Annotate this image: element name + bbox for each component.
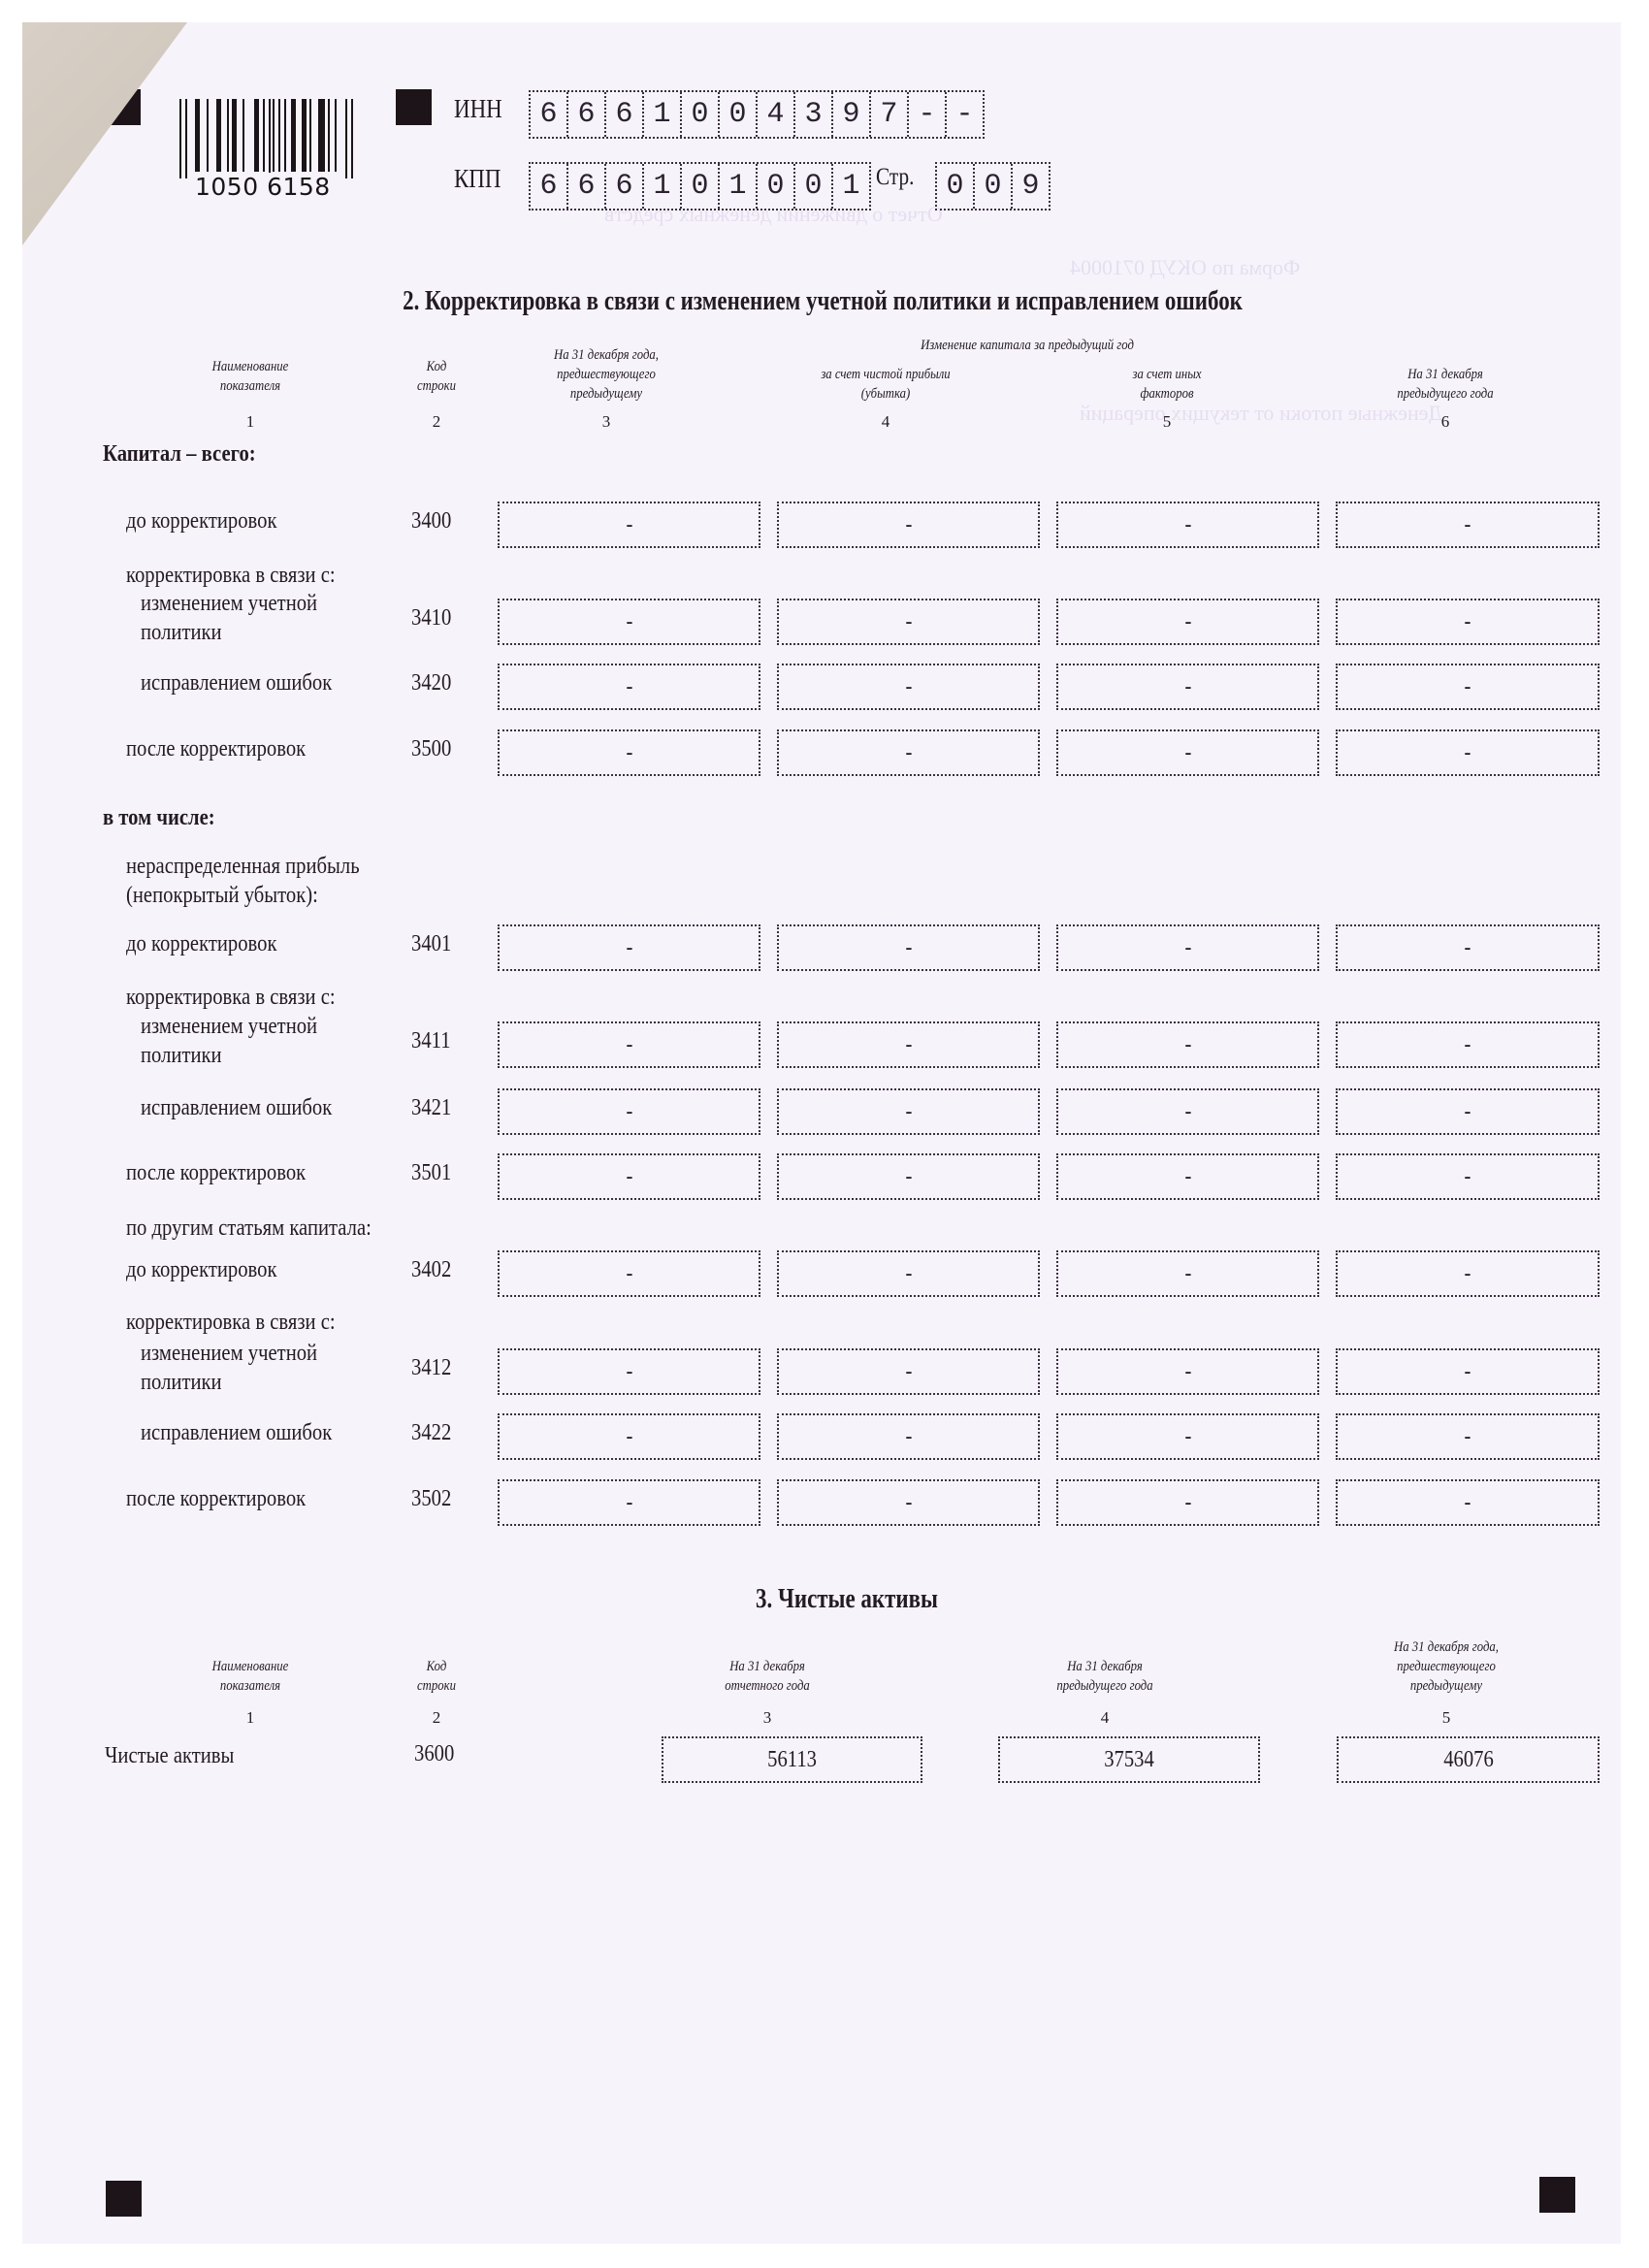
kpp-cell: 6	[531, 164, 568, 209]
net-assets-column-header-4: На 31 декабря предыдущего года	[1056, 1657, 1152, 1696]
row-code-3500: 3500	[411, 736, 451, 762]
value-text: -	[905, 1099, 912, 1125]
value-text: -	[905, 674, 912, 700]
value-field-3400-col6[interactable]: -	[1336, 502, 1600, 548]
alignment-marker-bottom-right	[1539, 2177, 1575, 2213]
value-text: -	[1184, 1424, 1191, 1450]
value-field-3421-col4[interactable]: -	[777, 1088, 1040, 1135]
row-label-3411: изменением учетной политики	[141, 1012, 317, 1070]
value-text: -	[1184, 674, 1191, 700]
value-field-3501-col4[interactable]: -	[777, 1153, 1040, 1200]
inn-cell: 0	[682, 92, 720, 137]
value-text: -	[1184, 1261, 1191, 1287]
value-text: -	[626, 674, 632, 700]
row-label-3410: изменением учетной политики	[141, 589, 317, 647]
barcode-bar	[254, 99, 259, 172]
value-text: -	[1465, 1099, 1471, 1125]
value-text: -	[626, 1164, 632, 1190]
value-field-3402-col4[interactable]: -	[777, 1250, 1040, 1297]
row-label-3402: до корректировок	[126, 1255, 276, 1284]
adjustment-label: корректировка в связи с:	[126, 1308, 336, 1337]
barcode-bar	[232, 99, 237, 172]
value-text: -	[1184, 1359, 1191, 1385]
form-page: Отчет о движении денежных средств Форма …	[22, 22, 1621, 2244]
value-field-3420-col5[interactable]: -	[1056, 664, 1319, 710]
value-text: -	[905, 1032, 912, 1058]
page-cell: 9	[1013, 164, 1049, 209]
row-code-3401: 3401	[411, 931, 451, 957]
group-header: Изменение капитала за предыдущий год	[921, 336, 1134, 355]
net-assets-column-header-5: На 31 декабря года, предшествующего пред…	[1394, 1637, 1499, 1696]
value-field-3502-col5[interactable]: -	[1056, 1479, 1319, 1526]
value-field-3411-col6[interactable]: -	[1336, 1021, 1600, 1068]
net-assets-column-number-1: 1	[246, 1708, 255, 1728]
value-field-3401-col4[interactable]: -	[777, 924, 1040, 971]
page-label: Стр.	[876, 164, 914, 191]
value-field-3411-col3[interactable]: -	[498, 1021, 760, 1068]
value-text: -	[1184, 1164, 1191, 1190]
row-code-3402: 3402	[411, 1257, 451, 1283]
group-label-including: в том числе:	[103, 803, 215, 832]
value-text: -	[905, 1164, 912, 1190]
value-text: -	[626, 1359, 632, 1385]
value-field-3422-col6[interactable]: -	[1336, 1413, 1600, 1460]
value-text: -	[1184, 935, 1191, 961]
column-number-5: 5	[1163, 412, 1172, 432]
value-field-3420-col4[interactable]: -	[777, 664, 1040, 710]
row-code-3502: 3502	[411, 1486, 451, 1512]
value-text: -	[1465, 609, 1471, 635]
value-field-3401-col6[interactable]: -	[1336, 924, 1600, 971]
inn-cell: 6	[568, 92, 606, 137]
value-text: -	[1465, 1164, 1471, 1190]
barcode-bar	[351, 99, 353, 178]
section-3-title: 3. Чистые активы	[529, 1584, 1165, 1615]
net-assets-column-header-3: На 31 декабря отчетного года	[725, 1657, 810, 1696]
net-assets-column-header-2: Код строки	[417, 1657, 456, 1696]
kpp-cell: 0	[758, 164, 795, 209]
barcode-bar	[195, 99, 200, 172]
net-assets-reporting-year[interactable]: 56113	[662, 1736, 922, 1783]
value-text: -	[626, 1099, 632, 1125]
row-label-3502: после корректировок	[126, 1484, 306, 1513]
value-field-3401-col5[interactable]: -	[1056, 924, 1319, 971]
net-assets-column-number-2: 2	[433, 1708, 441, 1728]
value-text: -	[626, 1490, 632, 1516]
inn-cell: 9	[833, 92, 871, 137]
row-label-3412: изменением учетной политики	[141, 1339, 317, 1397]
value-field-3421-col6[interactable]: -	[1336, 1088, 1600, 1135]
net-assets-column-number-5: 5	[1442, 1708, 1451, 1728]
value-text: -	[1465, 1261, 1471, 1287]
column-header-6: На 31 декабря предыдущего года	[1397, 365, 1493, 404]
column-header-3: На 31 декабря года, предшествующего пред…	[554, 345, 659, 404]
kpp-cell: 1	[720, 164, 758, 209]
row-code-3501: 3501	[411, 1160, 451, 1186]
value-text: -	[1184, 1490, 1191, 1516]
barcode-bar	[302, 99, 307, 172]
column-number-2: 2	[433, 412, 441, 432]
page-cell: 0	[937, 164, 975, 209]
value-text: -	[1184, 512, 1191, 538]
adjustment-label: корректировка в связи с:	[126, 983, 336, 1012]
row-code-3411: 3411	[411, 1028, 451, 1054]
barcode-bar	[328, 99, 330, 172]
retained-earnings-label: нераспределенная прибыль (непокрытый убы…	[126, 852, 360, 910]
inn-cell: 7	[871, 92, 909, 137]
value-text: -	[626, 740, 632, 766]
value-field-3501-col5[interactable]: -	[1056, 1153, 1319, 1200]
value-text: -	[905, 740, 912, 766]
column-header-2: Код строки	[417, 357, 456, 396]
kpp-field[interactable]: 666101001	[529, 162, 871, 211]
value-text: -	[1465, 512, 1471, 538]
kpp-cell: 1	[644, 164, 682, 209]
row-label-3500: после корректировок	[126, 734, 306, 763]
value-field-3410-col4[interactable]: -	[777, 599, 1040, 645]
value-text: -	[626, 1261, 632, 1287]
value-field-3422-col5[interactable]: -	[1056, 1413, 1319, 1460]
value-field-3502-col4[interactable]: -	[777, 1479, 1040, 1526]
net-assets-column-number-4: 4	[1101, 1708, 1110, 1728]
kpp-label: КПП	[454, 164, 501, 194]
bleed-through-text: Денежные потоки от текущих операций	[1080, 401, 1443, 426]
inn-cell: 3	[795, 92, 833, 137]
value-field-3501-col6[interactable]: -	[1336, 1153, 1600, 1200]
value-field-3400-col3[interactable]: -	[498, 502, 760, 548]
value-field-3412-col4[interactable]: -	[777, 1348, 1040, 1395]
value-text: -	[905, 609, 912, 635]
kpp-cell: 6	[568, 164, 606, 209]
barcode-bar	[269, 99, 271, 178]
value-text: -	[1465, 1032, 1471, 1058]
kpp-cell: 6	[606, 164, 644, 209]
row-label-3420: исправлением ошибок	[141, 668, 332, 697]
value-text: -	[905, 1424, 912, 1450]
value-field-3500-col6[interactable]: -	[1336, 729, 1600, 776]
net-assets-previous-year[interactable]: 37534	[998, 1736, 1260, 1783]
value-text: -	[1465, 1424, 1471, 1450]
value-text: -	[626, 1424, 632, 1450]
row-code-3600: 3600	[414, 1741, 454, 1767]
inn-cell: 1	[644, 92, 682, 137]
value-text: -	[1465, 740, 1471, 766]
barcode-bar	[291, 99, 296, 172]
value-text: -	[626, 512, 632, 538]
barcode-bar	[185, 99, 187, 178]
group-label-capital-total: Капитал – всего:	[103, 439, 256, 469]
barcode-bar	[263, 99, 265, 172]
value-field-3411-col5[interactable]: -	[1056, 1021, 1319, 1068]
value-field-3500-col3[interactable]: -	[498, 729, 760, 776]
value-field-3501-col3[interactable]: -	[498, 1153, 760, 1200]
inn-cell: -	[947, 92, 983, 137]
page-number-field[interactable]: 009	[935, 162, 1051, 211]
value-text: -	[626, 935, 632, 961]
column-header-4: за счет чистой прибыли (убытка)	[821, 365, 950, 404]
value-field-3401-col3[interactable]: -	[498, 924, 760, 971]
inn-label: ИНН	[454, 94, 502, 124]
value-text: -	[1184, 1099, 1191, 1125]
value-field-3410-col3[interactable]: -	[498, 599, 760, 645]
value-field-3502-col6[interactable]: -	[1336, 1479, 1600, 1526]
row-code-3400: 3400	[411, 508, 451, 535]
section-2-title: 2. Корректировка в связи с изменением уч…	[286, 286, 1360, 317]
net-assets-year-before-previous[interactable]: 46076	[1337, 1736, 1600, 1783]
value-field-3400-col5[interactable]: -	[1056, 502, 1319, 548]
barcode-bar	[345, 99, 347, 178]
barcode-bars	[179, 99, 356, 178]
row-label-3501: после корректировок	[126, 1158, 306, 1187]
value-field-3402-col6[interactable]: -	[1336, 1250, 1600, 1297]
value-text: -	[905, 1359, 912, 1385]
value-text: -	[905, 512, 912, 538]
value-text: -	[1465, 674, 1471, 700]
value-field-3402-col3[interactable]: -	[498, 1250, 760, 1297]
row-label-3421: исправлением ошибок	[141, 1093, 332, 1122]
value-text: -	[905, 1261, 912, 1287]
row-label-3400: до корректировок	[126, 506, 276, 535]
barcode-bar	[318, 99, 325, 172]
kpp-cell: 0	[682, 164, 720, 209]
page-cell: 0	[975, 164, 1013, 209]
value-field-3400-col4[interactable]: -	[777, 502, 1040, 548]
value-field-3411-col4[interactable]: -	[777, 1021, 1040, 1068]
value-text: -	[905, 935, 912, 961]
row-code-3412: 3412	[411, 1355, 451, 1381]
net-assets-label: Чистые активы	[105, 1741, 234, 1770]
value-text: -	[1465, 935, 1471, 961]
value-text: -	[905, 1490, 912, 1516]
bleed-through-text: Форма по ОКУД 0710004	[1070, 255, 1300, 280]
inn-cell: 4	[758, 92, 795, 137]
column-number-1: 1	[246, 412, 255, 432]
value-field-3422-col4[interactable]: -	[777, 1413, 1040, 1460]
alignment-marker-bottom-left	[106, 2181, 142, 2217]
row-code-3420: 3420	[411, 670, 451, 697]
value-field-3421-col5[interactable]: -	[1056, 1088, 1319, 1135]
inn-cell: 6	[531, 92, 568, 137]
kpp-cell: 1	[833, 164, 869, 209]
other-capital-label: по другим статьям капитала:	[126, 1214, 372, 1243]
value-field-3412-col3[interactable]: -	[498, 1348, 760, 1395]
inn-cell: 0	[720, 92, 758, 137]
kpp-cell: 0	[795, 164, 833, 209]
barcode-bar	[278, 99, 280, 172]
value-field-3412-col6[interactable]: -	[1336, 1348, 1600, 1395]
value-text: -	[1465, 1359, 1471, 1385]
value-field-3410-col5[interactable]: -	[1056, 599, 1319, 645]
alignment-marker-top	[396, 89, 432, 125]
barcode-bar	[273, 99, 275, 172]
value-text: -	[1465, 1490, 1471, 1516]
barcode-bar	[216, 99, 221, 172]
value-field-3421-col3[interactable]: -	[498, 1088, 760, 1135]
value-field-3420-col3[interactable]: -	[498, 664, 760, 710]
column-header-5: за счет иных факторов	[1132, 365, 1201, 404]
value-field-3412-col5[interactable]: -	[1056, 1348, 1319, 1395]
value-field-3402-col5[interactable]: -	[1056, 1250, 1319, 1297]
value-text: -	[1184, 1032, 1191, 1058]
row-code-3410: 3410	[411, 605, 451, 632]
net-assets-column-number-3: 3	[763, 1708, 772, 1728]
value-field-3422-col3[interactable]: -	[498, 1413, 760, 1460]
row-label-3401: до корректировок	[126, 929, 276, 958]
row-label-3422: исправлением ошибок	[141, 1418, 332, 1447]
inn-cell: -	[909, 92, 947, 137]
value-text: -	[626, 1032, 632, 1058]
row-code-3421: 3421	[411, 1095, 451, 1121]
barcode-bar	[284, 99, 286, 172]
barcode-bar	[335, 99, 337, 172]
value-text: -	[1184, 740, 1191, 766]
barcode: 1050 6158	[179, 99, 356, 196]
net-assets-column-header-1: Наименование показателя	[212, 1657, 289, 1696]
column-header-1: Наименование показателя	[212, 357, 289, 396]
column-number-3: 3	[602, 412, 611, 432]
barcode-bar	[179, 99, 181, 178]
barcode-bar	[309, 99, 311, 172]
barcode-number: 1050 6158	[193, 173, 333, 201]
barcode-bar	[207, 99, 209, 172]
value-text: -	[1184, 609, 1191, 635]
value-field-3420-col6[interactable]: -	[1336, 664, 1600, 710]
row-code-3422: 3422	[411, 1420, 451, 1446]
barcode-bar	[227, 99, 229, 172]
value-text: -	[626, 609, 632, 635]
value-field-3500-col5[interactable]: -	[1056, 729, 1319, 776]
column-number-4: 4	[882, 412, 890, 432]
value-field-3500-col4[interactable]: -	[777, 729, 1040, 776]
inn-field[interactable]: 6661004397--	[529, 90, 985, 139]
value-field-3410-col6[interactable]: -	[1336, 599, 1600, 645]
value-field-3502-col3[interactable]: -	[498, 1479, 760, 1526]
barcode-bar	[242, 99, 244, 172]
column-number-6: 6	[1441, 412, 1450, 432]
inn-cell: 6	[606, 92, 644, 137]
adjustment-label: корректировка в связи с:	[126, 561, 336, 590]
